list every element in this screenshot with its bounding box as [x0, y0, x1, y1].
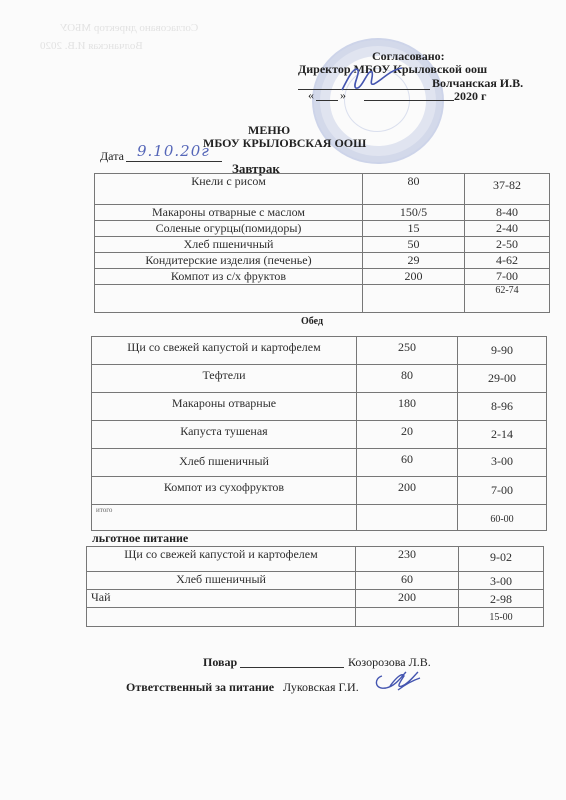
dish-portion: 250	[357, 337, 458, 365]
dish-name: Чай	[87, 590, 356, 608]
table-row: Хлеб пшеничный 60 3-00	[92, 449, 547, 477]
responsible-label: Ответственный за питание	[126, 680, 274, 695]
dish-portion: 200	[356, 590, 459, 608]
total-portion-cell	[356, 608, 459, 627]
total-price: 15-00	[459, 608, 544, 627]
total-row: итого 60-00	[92, 505, 547, 531]
dish-portion: 200	[363, 269, 465, 285]
dish-portion: 60	[357, 449, 458, 477]
dish-price: 7-00	[458, 477, 547, 505]
cook-signature-line	[240, 667, 344, 668]
approval-day-line	[316, 100, 338, 101]
dish-name: Компот из с/х фруктов	[95, 269, 363, 285]
responsible-signature	[372, 668, 424, 694]
date-label: Дата	[100, 149, 124, 164]
dish-price: 9-90	[458, 337, 547, 365]
table-row: Хлеб пшеничный 60 3-00	[87, 572, 544, 590]
dish-price: 2-50	[465, 237, 550, 253]
table-row: Кнели с рисом 80 37-82	[95, 174, 550, 205]
dish-name: Тефтели	[92, 365, 357, 393]
table-row: Тефтели 80 29-00	[92, 365, 547, 393]
lunch-title: Обед	[301, 316, 323, 327]
bleed-through-text: Волчанская И.В. 2020	[40, 40, 143, 52]
subsidized-title: льготное питание	[92, 531, 188, 546]
dish-portion: 80	[357, 365, 458, 393]
table-row: Макароны отварные с маслом 150/5 8-40	[95, 205, 550, 221]
dish-portion: 150/5	[363, 205, 465, 221]
dish-name: Макароны отварные с маслом	[95, 205, 363, 221]
dish-name: Щи со свежей капустой и картофелем	[92, 337, 357, 365]
dish-name: Хлеб пшеничный	[92, 449, 357, 477]
dish-name: Щи со свежей капустой и картофелем	[87, 547, 356, 572]
table-row: Компот из с/х фруктов 200 7-00	[95, 269, 550, 285]
dish-name: Капуста тушеная	[92, 421, 357, 449]
approval-date-quote-close: »	[340, 88, 346, 103]
total-label-cell	[87, 608, 356, 627]
dish-name: Компот из сухофруктов	[92, 477, 357, 505]
dish-price: 7-00	[465, 269, 550, 285]
total-label-cell	[95, 285, 363, 313]
table-row: Хлеб пшеничный 50 2-50	[95, 237, 550, 253]
total-label: итого	[92, 505, 357, 531]
lunch-table: Щи со свежей капустой и картофелем 250 9…	[91, 336, 547, 531]
dish-portion: 20	[357, 421, 458, 449]
total-portion-cell	[363, 285, 465, 313]
director-signature	[338, 60, 408, 94]
total-price: 62-74	[465, 285, 550, 313]
date-underline	[126, 161, 222, 162]
table-row: Чай 200 2-98	[87, 590, 544, 608]
approval-month-line	[364, 100, 454, 101]
dish-price: 3-00	[458, 449, 547, 477]
table-row: Кондитерские изделия (печенье) 29 4-62	[95, 253, 550, 269]
dish-portion: 230	[356, 547, 459, 572]
dish-price: 37-82	[465, 174, 550, 205]
table-row: Капуста тушеная 20 2-14	[92, 421, 547, 449]
dish-portion: 80	[363, 174, 465, 205]
dish-price: 9-02	[459, 547, 544, 572]
subsidized-table: Щи со свежей капустой и картофелем 230 9…	[86, 546, 544, 627]
bleed-through-text: Согласовано директор МБОУ	[60, 22, 198, 34]
dish-price: 8-40	[465, 205, 550, 221]
dish-portion: 15	[363, 221, 465, 237]
dish-name: Кнели с рисом	[95, 174, 363, 205]
table-row: Щи со свежей капустой и картофелем 250 9…	[92, 337, 547, 365]
table-row: Макароны отварные 180 8-96	[92, 393, 547, 421]
dish-name: Кондитерские изделия (печенье)	[95, 253, 363, 269]
dish-portion: 60	[356, 572, 459, 590]
responsible-name: Луковская Г.И.	[283, 680, 359, 695]
dish-portion: 50	[363, 237, 465, 253]
approval-year: 2020 г	[454, 89, 486, 104]
dish-portion: 200	[357, 477, 458, 505]
approval-date-quote-open: «	[308, 88, 314, 103]
dish-name: Хлеб пшеничный	[87, 572, 356, 590]
breakfast-table: Кнели с рисом 80 37-82 Макароны отварные…	[94, 173, 550, 313]
date-value: 9.10.20г	[137, 142, 210, 160]
dish-portion: 29	[363, 253, 465, 269]
table-row: Щи со свежей капустой и картофелем 230 9…	[87, 547, 544, 572]
dish-price: 2-40	[465, 221, 550, 237]
total-portion-cell	[357, 505, 458, 531]
dish-price: 4-62	[465, 253, 550, 269]
total-row: 15-00	[87, 608, 544, 627]
total-row: 62-74	[95, 285, 550, 313]
dish-price: 3-00	[459, 572, 544, 590]
table-row: Компот из сухофруктов 200 7-00	[92, 477, 547, 505]
dish-price: 29-00	[458, 365, 547, 393]
dish-price: 2-14	[458, 421, 547, 449]
school-name: МБОУ КРЫЛОВСКАЯ ООШ	[203, 136, 366, 151]
table-row: Соленые огурцы(помидоры) 15 2-40	[95, 221, 550, 237]
dish-price: 8-96	[458, 393, 547, 421]
dish-price: 2-98	[459, 590, 544, 608]
total-price: 60-00	[458, 505, 547, 531]
dish-portion: 180	[357, 393, 458, 421]
dish-name: Хлеб пшеничный	[95, 237, 363, 253]
dish-name: Макароны отварные	[92, 393, 357, 421]
dish-name: Соленые огурцы(помидоры)	[95, 221, 363, 237]
cook-label: Повар	[203, 655, 237, 670]
